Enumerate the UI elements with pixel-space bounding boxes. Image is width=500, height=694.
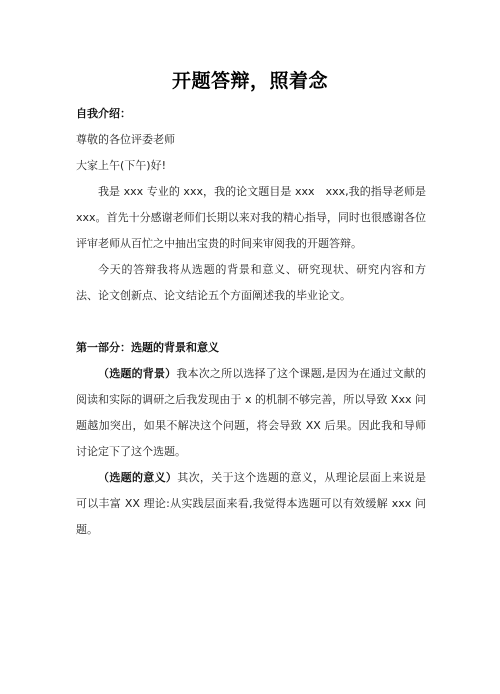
background-text: 我本次之所以选择了这个课题,是因为在通过文献的阅读和实际的调研之后我发现由于 x…	[76, 367, 426, 458]
document-body: 自我介绍： 尊敬的各位评委老师 大家上午(下午)好! 我是 xxx 专业的 xx…	[76, 101, 426, 543]
intro-paragraph-1: 我是 xxx 专业的 xxx，我的论文题目是 xxx xxx,我的指导老师是 x…	[76, 179, 426, 257]
intro-paragraph-2: 今天的答辩我将从选题的背景和意义、研究现状、研究内容和方法、论文创新点、论文结论…	[76, 257, 426, 309]
intro-heading: 自我介绍：	[76, 101, 426, 127]
document-title: 开题答辩，照着念	[0, 68, 500, 94]
greeting-line-1: 尊敬的各位评委老师	[76, 127, 426, 153]
part-one-heading: 第一部分：选题的背景和意义	[76, 335, 426, 361]
background-paragraph: （选题的背景）我本次之所以选择了这个课题,是因为在通过文献的阅读和实际的调研之后…	[76, 361, 426, 465]
section-spacer	[76, 309, 426, 335]
background-label: （选题的背景）	[98, 367, 176, 380]
greeting-line-2: 大家上午(下午)好!	[76, 153, 426, 179]
significance-label: （选题的意义）	[98, 471, 177, 484]
significance-paragraph: （选题的意义）其次，关于这个选题的意义，从理论层面上来说是可以丰富 XX 理论:…	[76, 465, 426, 543]
document-page: 开题答辩，照着念 自我介绍： 尊敬的各位评委老师 大家上午(下午)好! 我是 x…	[0, 0, 500, 694]
